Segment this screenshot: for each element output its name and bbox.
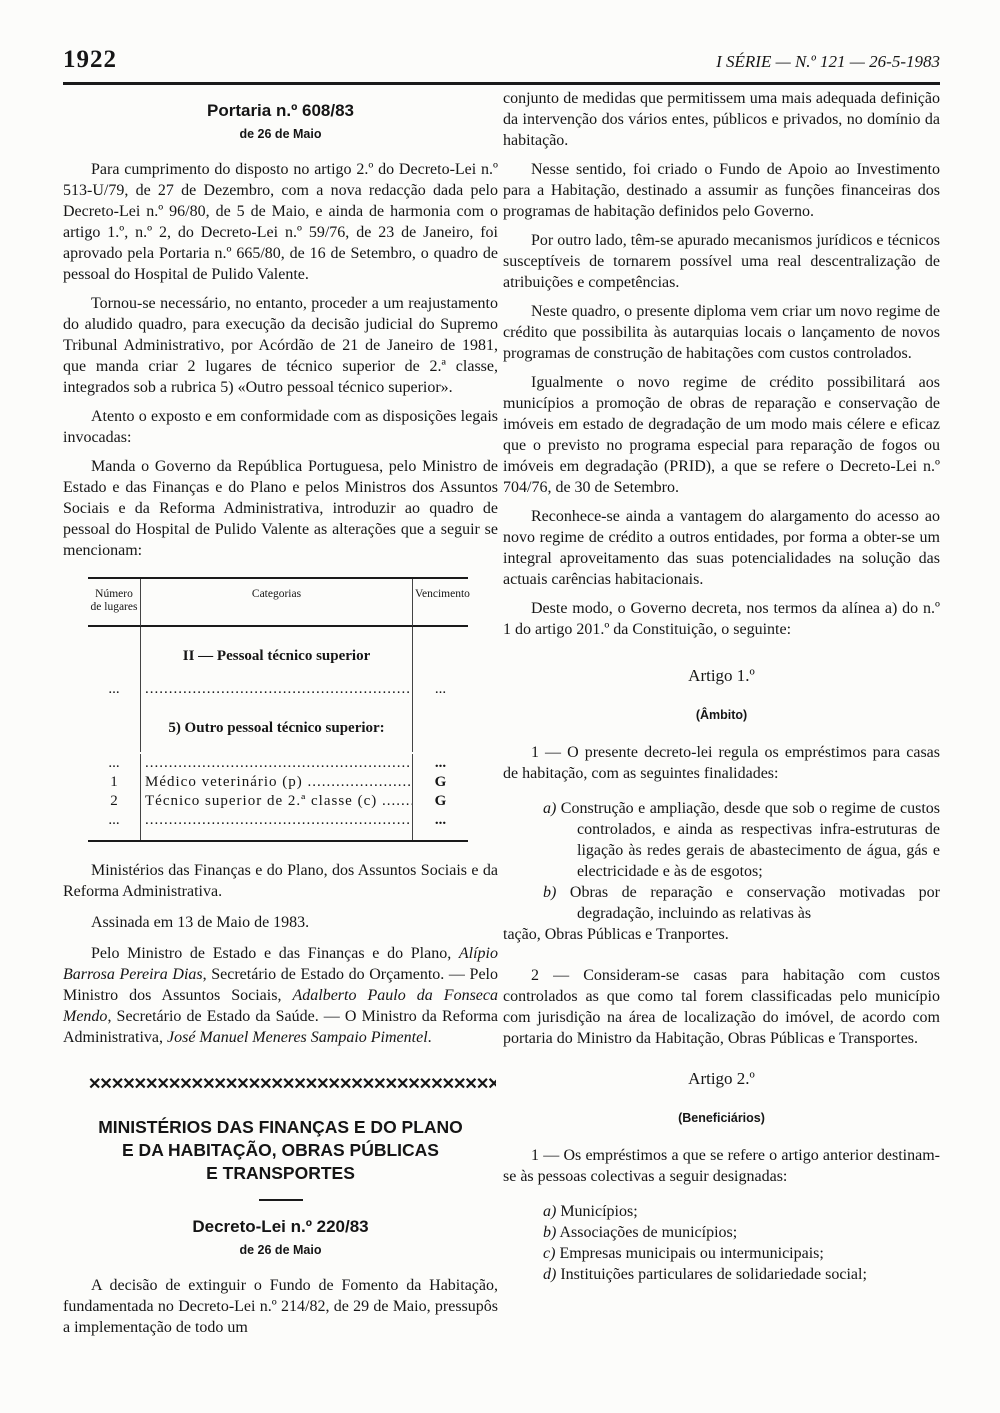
header-numero-de-lugares: Número de lugares xyxy=(88,579,140,627)
list-item-a: a) Municípios; xyxy=(503,1201,940,1222)
signed-date-line: Assinada em 13 de Maio de 1983. xyxy=(63,912,498,933)
closing-block: Ministérios das Finanças e do Plano, dos… xyxy=(63,860,498,1048)
table-row: ... ....................................… xyxy=(88,752,468,773)
table-row: II — Pessoal técnico superior xyxy=(88,627,468,680)
paragraph: Neste quadro, o presente diploma vem cri… xyxy=(503,301,940,364)
right-column: conjunto de medidas que permitissem uma … xyxy=(503,88,940,1285)
table-category-cell: Técnico superior de 2.ª classe (c) .....… xyxy=(140,792,412,811)
dotted-filler: ........................................… xyxy=(140,754,412,773)
table-row: ... ....................................… xyxy=(88,680,468,699)
dotted-filler: ........................................… xyxy=(140,680,412,699)
ministry-heading: MINISTÉRIOS DAS FINANÇAS E DO PLANO E DA… xyxy=(63,1116,498,1185)
list-text: Construção e ampliação, desde que sob o … xyxy=(561,800,940,880)
list-marker: c) xyxy=(543,1245,555,1262)
list-item-a: a) Construção e ampliação, desde que sob… xyxy=(503,798,940,882)
portaria-paragraph: Tornou-se necessário, no entanto, proced… xyxy=(63,293,498,398)
list-marker: b) xyxy=(543,884,556,901)
paragraph: Igualmente o novo regime de crédito poss… xyxy=(503,372,940,498)
list-item-b: b) Associações de municípios; xyxy=(503,1222,940,1243)
short-rule xyxy=(259,1199,303,1201)
decreto-paragraph: A decisão de extinguir o Fundo de Foment… xyxy=(63,1275,498,1338)
list-marker: a) xyxy=(543,800,556,817)
list-item-b: b) Obras de reparação e conservação moti… xyxy=(503,882,940,924)
portaria-title: Portaria n.º 608/83 xyxy=(63,101,498,121)
article2-subtitle: (Beneficiários) xyxy=(503,1111,940,1125)
table-row: 2 Técnico superior de 2.ª classe (c) ...… xyxy=(88,792,468,811)
page-header: 1922 I SÉRIE — N.º 121 — 26-5-1983 xyxy=(63,46,940,74)
table-section-title: 5) Outro pessoal técnico superior: xyxy=(140,699,412,752)
ministry-heading-line: E DA HABITAÇÃO, OBRAS PÚBLICAS xyxy=(63,1139,498,1162)
portaria-date: de 26 de Maio xyxy=(63,127,498,141)
table-section-title: II — Pessoal técnico superior xyxy=(140,627,412,680)
list-marker: a) xyxy=(543,1203,556,1220)
ministries-line: Ministérios das Finanças e do Plano, dos… xyxy=(63,860,498,902)
dotted-filler: ........................................… xyxy=(140,811,412,840)
list-text: Municípios; xyxy=(560,1203,637,1220)
list-text: Instituições particulares de solidarieda… xyxy=(560,1266,867,1283)
article1-title: Artigo 1.º xyxy=(503,666,940,686)
paragraph: Por outro lado, têm-se apurado mecanismo… xyxy=(503,230,940,293)
portaria-paragraph: Para cumprimento do disposto no artigo 2… xyxy=(63,159,498,285)
ministry-heading-line: E TRANSPORTES xyxy=(63,1162,498,1185)
paragraph: Nesse sentido, foi criado o Fundo de Apo… xyxy=(503,159,940,222)
list-text: Obras de reparação e conservação motivad… xyxy=(570,884,940,922)
table-row: 1 Médico veterinário (p) ...............… xyxy=(88,773,468,792)
left-column: Portaria n.º 608/83 de 26 de Maio Para c… xyxy=(63,95,498,1338)
portaria-paragraph: Atento o exposto e em conformidade com a… xyxy=(63,406,498,448)
paragraph: Reconhece-se ainda a vantagem do alargam… xyxy=(503,506,940,590)
issue-reference: I SÉRIE — N.º 121 — 26-5-1983 xyxy=(716,52,940,74)
article1-paragraph1: 1 — O presente decreto-lei regula os emp… xyxy=(503,742,940,784)
table-category-cell: Médico veterinário (p) .................… xyxy=(140,773,412,792)
article1-subtitle: (Âmbito) xyxy=(503,708,940,722)
decreto-date: de 26 de Maio xyxy=(63,1243,498,1257)
article1-paragraph2: 2 — Consideram-se casas para habitação c… xyxy=(503,965,940,1049)
list-text: Associações de municípios; xyxy=(559,1224,737,1241)
portaria-paragraph: Manda o Governo da República Portuguesa,… xyxy=(63,456,498,561)
signature-paragraph: Pelo Ministro de Estado e das Finanças e… xyxy=(63,943,498,1048)
continued-paragraph: conjunto de medidas que permitissem uma … xyxy=(503,88,940,151)
page-number: 1922 xyxy=(63,46,117,74)
list-item-c: c) Empresas municipais ou intermunicipai… xyxy=(503,1243,940,1264)
staff-table-body: II — Pessoal técnico superior ... ......… xyxy=(88,627,468,840)
list-marker: b) xyxy=(543,1224,556,1241)
staff-table-header: Número de lugares Categorias Vencimento xyxy=(88,579,468,627)
header-vencimento: Vencimento xyxy=(412,579,468,627)
list-marker: d) xyxy=(543,1266,556,1283)
list-item-d: d) Instituições particulares de solidari… xyxy=(503,1264,940,1285)
staff-table: Número de lugares Categorias Vencimento … xyxy=(88,577,468,842)
article2-title: Artigo 2.º xyxy=(503,1069,940,1089)
header-categorias: Categorias xyxy=(140,579,412,627)
paragraph: Deste modo, o Governo decreta, nos termo… xyxy=(503,598,940,640)
ministry-heading-line: MINISTÉRIOS DAS FINANÇAS E DO PLANO xyxy=(63,1116,498,1139)
table-row: ... ....................................… xyxy=(88,811,468,840)
table-row: 5) Outro pessoal técnico superior: xyxy=(88,699,468,752)
decreto-title: Decreto-Lei n.º 220/83 xyxy=(63,1217,498,1237)
header-rule xyxy=(63,82,940,85)
stray-line: tação, Obras Públicas e Tranportes. xyxy=(503,924,940,945)
article2-paragraph1: 1 — Os empréstimos a que se refere o art… xyxy=(503,1145,940,1187)
gazette-page: 1922 I SÉRIE — N.º 121 — 26-5-1983 Porta… xyxy=(0,0,1000,1413)
list-text: Empresas municipais ou intermunicipais; xyxy=(559,1245,823,1262)
decorative-separator: ✕✕✕✕✕✕✕✕✕✕✕✕✕✕✕✕✕✕✕✕✕✕✕✕✕✕✕✕✕✕✕✕✕✕✕✕✕✕✕✕… xyxy=(88,1074,496,1094)
